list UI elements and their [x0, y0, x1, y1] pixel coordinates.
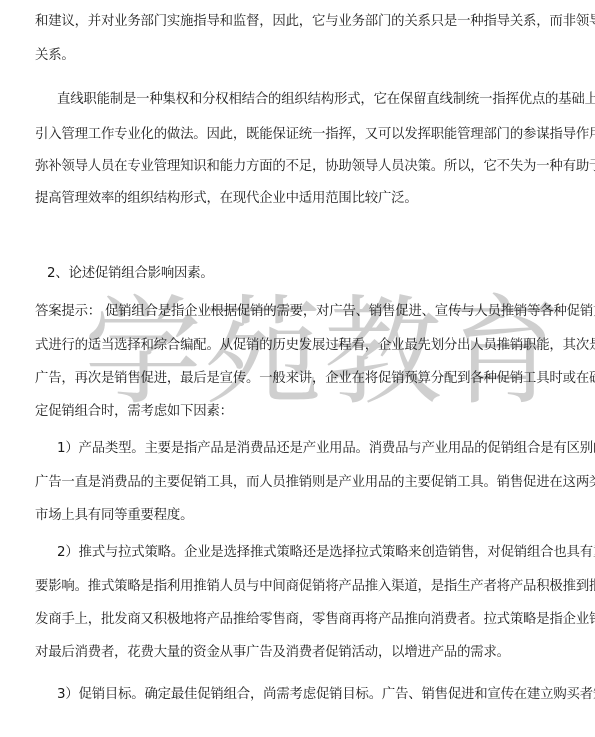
text-line: 和建议，并对业务部门实施指导和监督，因此，它与业务部门的关系只是一种指导关系，而…: [35, 10, 595, 29]
document-page: 和建议，并对业务部门实施指导和监督，因此，它与业务部门的关系只是一种指导关系，而…: [0, 0, 595, 737]
text-line: 提高管理效率的组织结构形式，在现代企业中适用范围比较广泛。: [35, 187, 418, 206]
factor2-line: 要影响。推式策略是指利用推销人员与中间商促销将产品推入渠道，是指生产者将产品积极…: [35, 575, 595, 594]
text-line: 关系。: [35, 44, 75, 63]
factor3-line: 3）促销目标。确定最佳促销组合，尚需考虑促销目标。广告、销售促进和宣传在建立购买…: [57, 683, 595, 702]
answer-line: 定促销组合时，需考虑如下因素：: [35, 400, 233, 419]
factor1-line: 市场上具有同等重要程度。: [35, 504, 193, 523]
answer-line: 答案提示： 促销组合是指企业根据促销的需要，对广告、销售促进、宣传与人员推销等各…: [35, 300, 595, 319]
factor2-line: 发商手上，批发商又积极地将产品推给零售商，零售商再将产品推向消费者。拉式策略是指…: [35, 608, 595, 627]
factor2-line: 对最后消费者，花费大量的资金从事广告及消费者促销活动，以增进产品的需求。: [35, 641, 510, 660]
factor1-line: 广告一直是消费品的主要促销工具，而人员推销则是产业用品的主要促销工具。销售促进在…: [35, 471, 595, 490]
question-title: 2、论述促销组合影响因素。: [47, 262, 214, 281]
text-line: 弥补领导人员在专业管理知识和能力方面的不足，协助领导人员决策。所以，它不失为一种…: [35, 155, 595, 174]
factor1-line: 1）产品类型。主要是指产品是消费品还是产业用品。消费品与产业用品的促销组合是有区…: [57, 437, 595, 456]
answer-line: 式进行的适当选择和综合编配。从促销的历史发展过程看，企业最先划分出人员推销职能，…: [35, 334, 595, 353]
text-line: 引入管理工作专业化的做法。因此，既能保证统一指挥，又可以发挥职能管理部门的参谋指…: [35, 123, 595, 142]
factor2-line: 2）推式与拉式策略。企业是选择推式策略还是选择拉式策略来创造销售，对促销组合也具…: [57, 541, 595, 560]
text-line: 直线职能制是一种集权和分权相结合的组织结构形式，它在保留直线制统一指挥优点的基础…: [57, 88, 595, 107]
answer-line: 广告，再次是销售促进，最后是宣传。一般来讲，企业在将促销预算分配到各种促销工具时…: [35, 367, 595, 386]
